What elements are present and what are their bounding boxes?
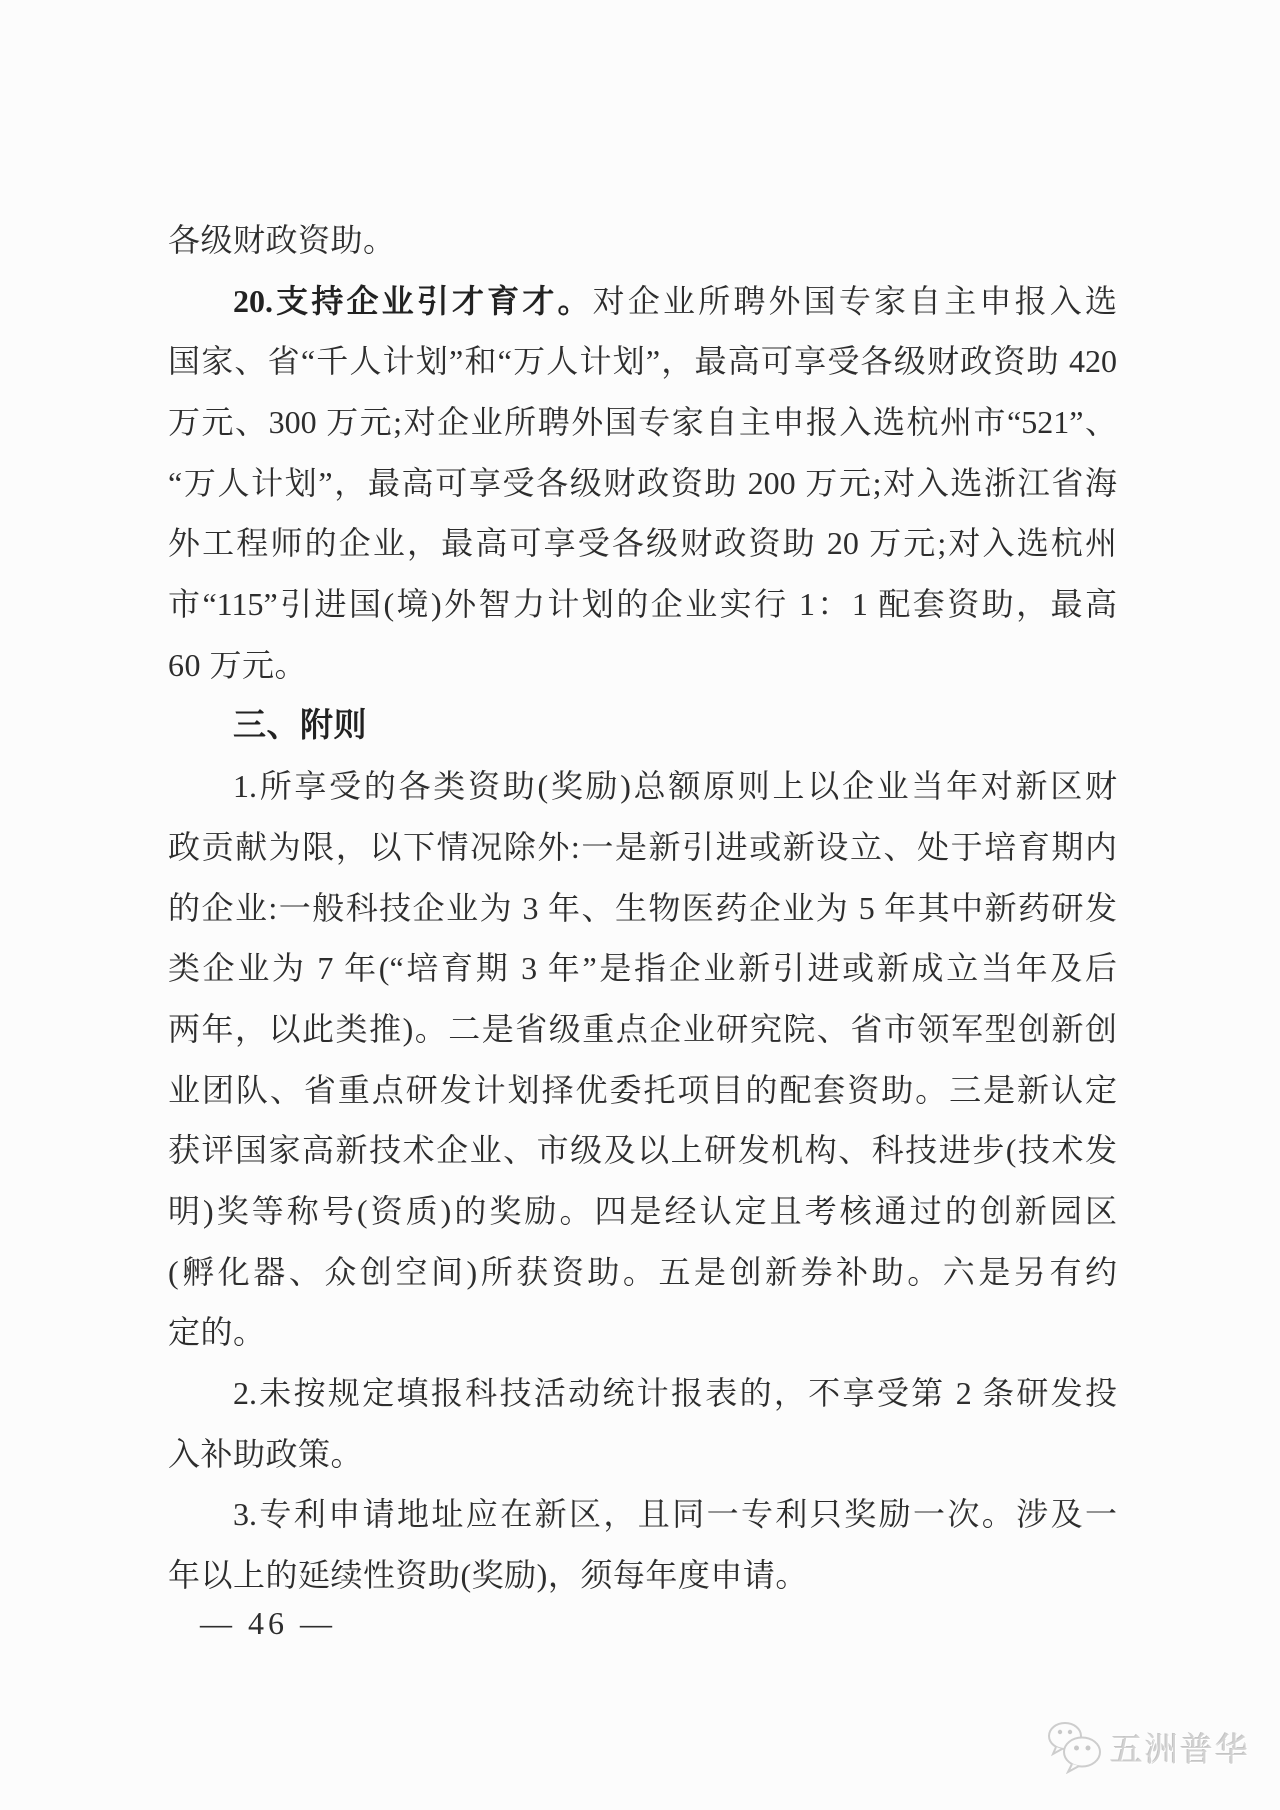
body-text: 万元、300 万元;对企业所聘外国专家自主申报入选杭州市“521”、 (168, 404, 1117, 440)
page-number: — 46 — (200, 1605, 336, 1642)
text-line: (孵化器、众创空间)所获资助。五是创新券补助。六是另有约 (168, 1242, 1117, 1303)
text-line: 20.支持企业引才育才。对企业所聘外国专家自主申报入选 (168, 271, 1117, 332)
text-line: 类企业为 7 年(“培育期 3 年”是指企业新引进或新成立当年及后 (168, 938, 1117, 999)
body-text: 政贡献为限，以下情况除外:一是新引进或新设立、处于培育期内 (168, 829, 1117, 865)
body-text: 入补助政策。 (168, 1436, 363, 1472)
bold-text: 20.支持企业引才育才。 (233, 283, 593, 319)
body-text: 国家、省“千人计划”和“万人计划”，最高可享受各级财政资助 420 (168, 343, 1117, 379)
body-text: 业团队、省重点研发计划择优委托项目的配套资助。三是新认定 (168, 1072, 1117, 1108)
section-heading: 三、附则 (168, 696, 1117, 757)
watermark: 五洲普华 (1046, 1720, 1250, 1774)
body-text: 定的。 (168, 1314, 266, 1350)
text-line: 入补助政策。 (168, 1424, 1117, 1485)
body-text: 市“115”引进国(境)外智力计划的企业实行 1：1 配套资助，最高 (168, 586, 1117, 622)
text-line: 3.专利申请地址应在新区，且同一专利只奖励一次。涉及一 (168, 1484, 1117, 1545)
text-line: 市“115”引进国(境)外智力计划的企业实行 1：1 配套资助，最高 (168, 574, 1117, 635)
wechat-bubbles-icon (1046, 1720, 1104, 1774)
watermark-label: 五洲普华 (1110, 1724, 1250, 1771)
text-line: 获评国家高新技术企业、市级及以上研发机构、科技进步(技术发 (168, 1120, 1117, 1181)
body-text: 年以上的延续性资助(奖励)，须每年度申请。 (168, 1557, 808, 1593)
text-line: 外工程师的企业，最高可享受各级财政资助 20 万元;对入选杭州 (168, 513, 1117, 574)
body-text: 外工程师的企业，最高可享受各级财政资助 20 万元;对入选杭州 (168, 525, 1117, 561)
text-line: 政贡献为限，以下情况除外:一是新引进或新设立、处于培育期内 (168, 817, 1117, 878)
document-page: 各级财政资助。20.支持企业引才育才。对企业所聘外国专家自主申报入选国家、省“千… (0, 0, 1280, 1810)
text-line: 万元、300 万元;对企业所聘外国专家自主申报入选杭州市“521”、 (168, 392, 1117, 453)
body-text: 对企业所聘外国专家自主申报入选 (593, 283, 1117, 319)
body-text: 明)奖等称号(资质)的奖励。四是经认定且考核通过的创新园区 (168, 1193, 1117, 1229)
text-line: 的企业:一般科技企业为 3 年、生物医药企业为 5 年其中新药研发 (168, 878, 1117, 939)
text-line: 两年，以此类推)。二是省级重点企业研究院、省市领军型创新创 (168, 999, 1117, 1060)
text-line: 定的。 (168, 1302, 1117, 1363)
body-text: 的企业:一般科技企业为 3 年、生物医药企业为 5 年其中新药研发 (168, 890, 1117, 926)
text-line: 年以上的延续性资助(奖励)，须每年度申请。 (168, 1545, 1117, 1606)
body-text: (孵化器、众创空间)所获资助。五是创新券补助。六是另有约 (168, 1254, 1117, 1290)
text-line: 60 万元。 (168, 635, 1117, 696)
document-body: 各级财政资助。20.支持企业引才育才。对企业所聘外国专家自主申报入选国家、省“千… (168, 210, 1117, 1606)
text-line: “万人计划”，最高可享受各级财政资助 200 万元;对入选浙江省海 (168, 453, 1117, 514)
body-text: “万人计划”，最高可享受各级财政资助 200 万元;对入选浙江省海 (168, 465, 1117, 501)
body-text: 3.专利申请地址应在新区，且同一专利只奖励一次。涉及一 (233, 1496, 1117, 1532)
text-line: 业团队、省重点研发计划择优委托项目的配套资助。三是新认定 (168, 1060, 1117, 1121)
text-line: 1.所享受的各类资助(奖励)总额原则上以企业当年对新区财 (168, 756, 1117, 817)
body-text: 1.所享受的各类资助(奖励)总额原则上以企业当年对新区财 (233, 768, 1117, 804)
text-line: 国家、省“千人计划”和“万人计划”，最高可享受各级财政资助 420 (168, 331, 1117, 392)
bold-text: 三、附则 (233, 708, 367, 744)
body-text: 2.未按规定填报科技活动统计报表的，不享受第 2 条研发投 (233, 1375, 1117, 1411)
text-line: 明)奖等称号(资质)的奖励。四是经认定且考核通过的创新园区 (168, 1181, 1117, 1242)
body-text: 类企业为 7 年(“培育期 3 年”是指企业新引进或新成立当年及后 (168, 950, 1117, 986)
body-text: 两年，以此类推)。二是省级重点企业研究院、省市领军型创新创 (168, 1011, 1117, 1047)
text-line: 各级财政资助。 (168, 210, 1117, 271)
body-text: 各级财政资助。 (168, 222, 396, 258)
text-line: 2.未按规定填报科技活动统计报表的，不享受第 2 条研发投 (168, 1363, 1117, 1424)
body-text: 60 万元。 (168, 647, 307, 683)
body-text: 获评国家高新技术企业、市级及以上研发机构、科技进步(技术发 (168, 1132, 1117, 1168)
